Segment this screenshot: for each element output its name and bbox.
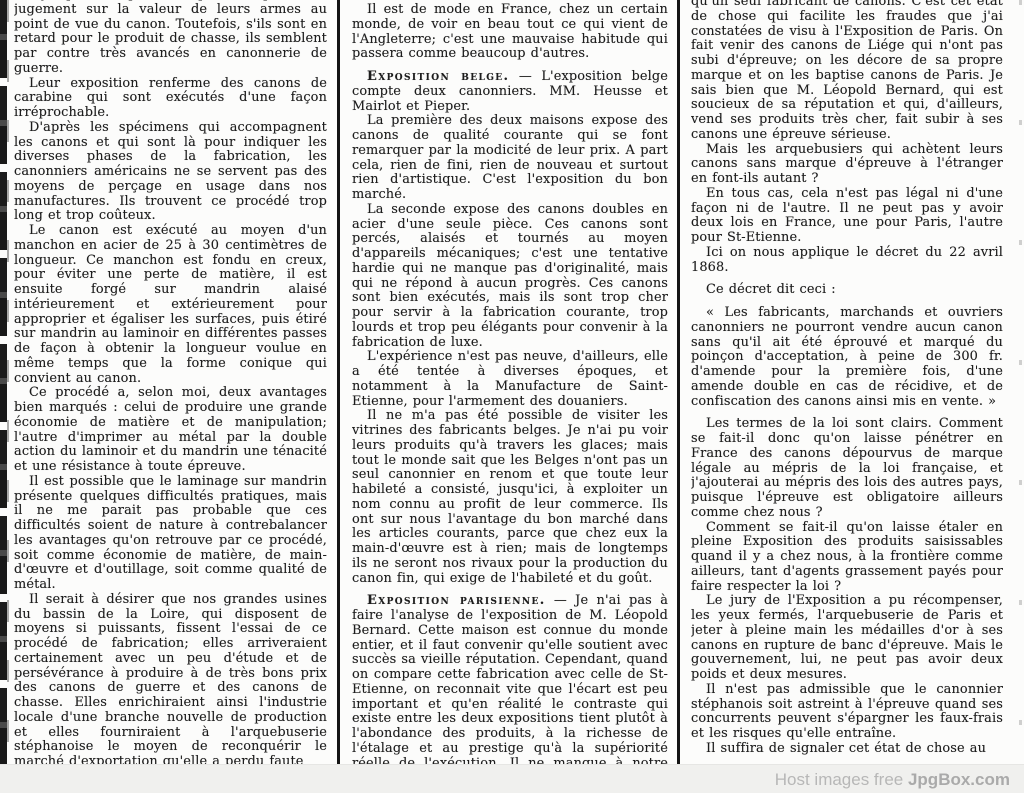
paragraph: Il ne m'a pas été possible de visiter le… [352, 409, 668, 586]
section-heading: Exposition belge. [367, 69, 509, 84]
paragraph: « Les fabricants, marchands et ouvriers … [691, 306, 1003, 409]
paragraph: Ce procédé a, selon moi, deux avantages … [14, 386, 327, 475]
paragraph: La seconde expose des canons doubles en … [352, 203, 668, 351]
column-divider-rule-1 [337, 0, 340, 766]
paragraph: D'après les spécimens qui accompagnent l… [14, 121, 327, 224]
text-column-2: Il est de mode en France, chez un certai… [352, 0, 668, 766]
paragraph: Il n'est pas admissible que le canonnier… [691, 683, 1003, 742]
watermark-brand: JpgBox.com [908, 770, 1010, 789]
text-column-3: qu'un seul fabricant de canons. C'est ce… [691, 0, 1003, 766]
watermark-prefix: Host images free [775, 770, 908, 789]
footer-strip: Host images free JpgBox.com [0, 764, 1024, 793]
paragraph: Il est de mode en France, chez un certai… [352, 3, 668, 62]
scan-border-right [1019, 0, 1022, 765]
paragraph: Mais les arquebusiers qui achètent leurs… [691, 143, 1003, 187]
section-heading: Exposition parisienne. [367, 593, 546, 608]
paragraph: La première des deux maisons expose des … [352, 114, 668, 203]
paragraph: Il n'y a pas lieu, par conséquent, de po… [14, 0, 327, 77]
paragraph: Il serait à désirer que nos grandes usin… [14, 593, 327, 766]
paragraph: Il suffira de signaler cet état de chose… [691, 742, 1003, 757]
paragraph: Le canon est exécuté au moyen d'un manch… [14, 224, 327, 386]
column-divider-rule-2 [677, 0, 680, 766]
paragraph: Il est possible que le laminage sur mand… [14, 475, 327, 593]
section-paragraph: Exposition belge. — L'exposition belge c… [352, 70, 668, 114]
paragraph: Les termes de la loi sont clairs. Commen… [691, 417, 1003, 520]
text-column-1: Il n'y a pas lieu, par conséquent, de po… [14, 0, 327, 766]
paragraph: Comment se fait-il qu'on laisse étaler e… [691, 521, 1003, 595]
paragraph: Leur exposition renferme des canons de c… [14, 77, 327, 121]
paragraph: En tous cas, cela n'est pas légal ni d'u… [691, 187, 1003, 246]
paragraph: Ce décret dit ceci : [691, 283, 1003, 298]
newspaper-scan-page: Il n'y a pas lieu, par conséquent, de po… [0, 0, 1024, 793]
paragraph: Le jury de l'Exposition a pu récompenser… [691, 594, 1003, 683]
paragraph: qu'un seul fabricant de canons. C'est ce… [691, 0, 1003, 143]
paragraph: L'expérience n'est pas neuve, d'ailleurs… [352, 350, 668, 409]
section-paragraph: Exposition parisienne. — Je n'ai pas à f… [352, 594, 668, 766]
scan-border-left [0, 0, 7, 765]
watermark: Host images free JpgBox.com [775, 770, 1010, 790]
paragraph: Ici on nous applique le décret du 22 avr… [691, 246, 1003, 276]
